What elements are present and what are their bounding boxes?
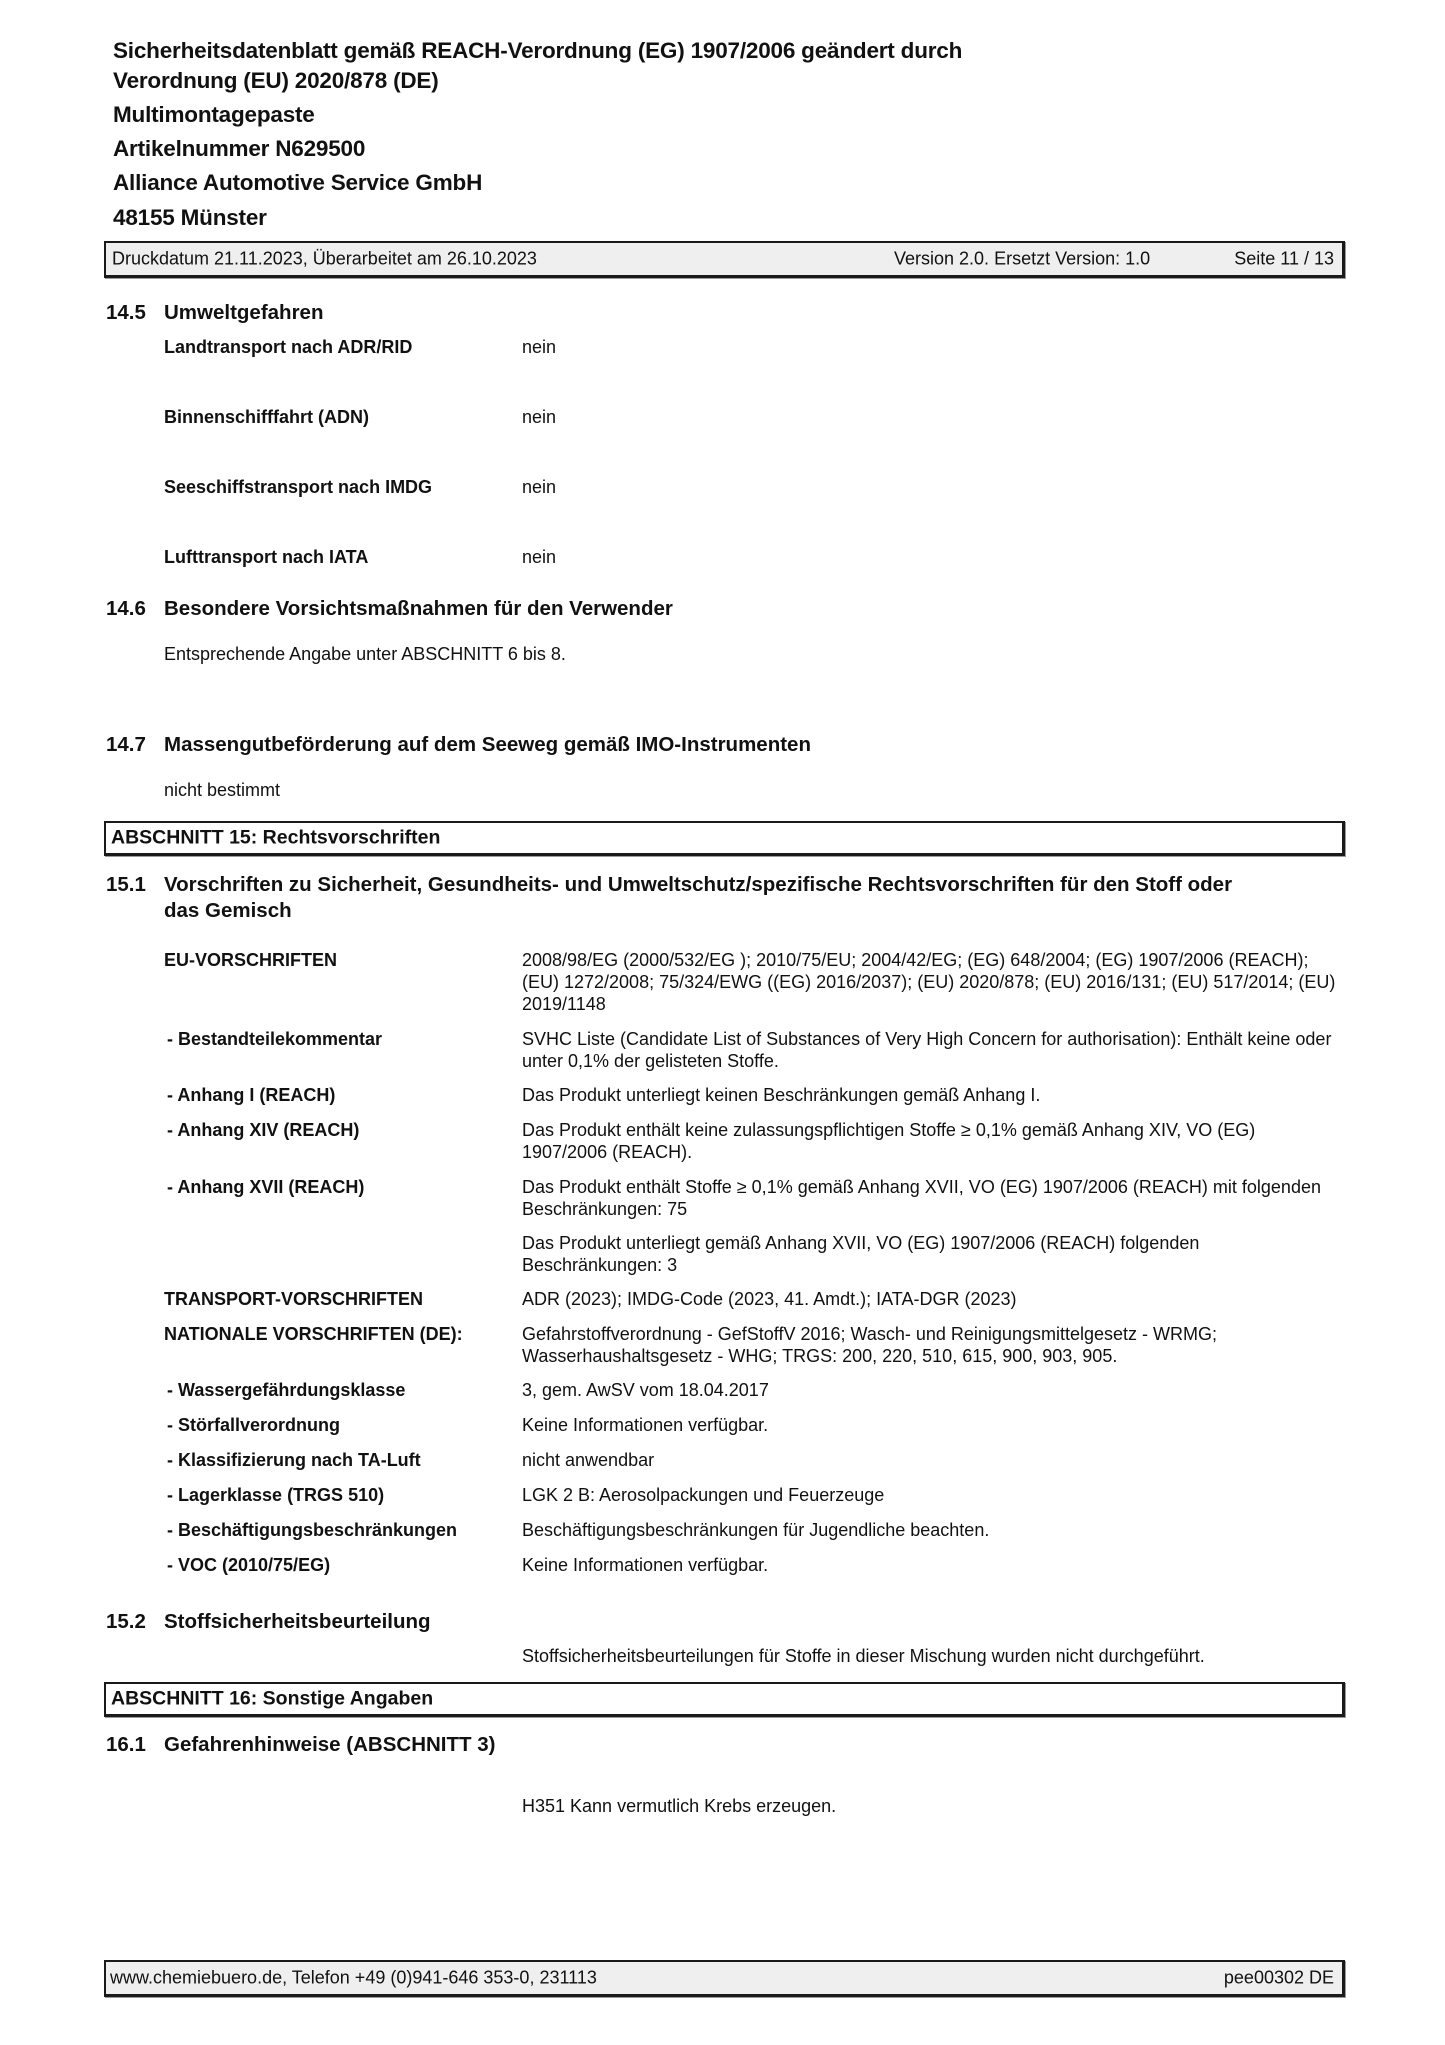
subsection-number: 15.1 xyxy=(106,873,146,897)
row-label-eu-vorschriften: EU-VORSCHRIFTEN xyxy=(164,950,337,971)
row-label-stoerfallverordnung: - Störfallverordnung xyxy=(167,1415,340,1436)
section-15-title: ABSCHNITT 15: Rechtsvorschriften xyxy=(111,827,440,850)
company-city: 48155 Münster xyxy=(113,205,267,231)
row-value-wassergefaehrdungsklasse: 3, gem. AwSV vom 18.04.2017 xyxy=(522,1379,1342,1401)
row-value-lagerklasse: LGK 2 B: Aerosolpackungen und Feuerzeuge xyxy=(522,1484,1342,1506)
article-number: Artikelnummer N629500 xyxy=(113,136,365,162)
row-value-anhang-xvii-2: Das Produkt unterliegt gemäß Anhang XVII… xyxy=(522,1232,1342,1276)
hazard-statement: H351 Kann vermutlich Krebs erzeugen. xyxy=(522,1795,1342,1817)
subsection-text: Stoffsicherheitsbeurteilungen für Stoffe… xyxy=(522,1645,1342,1667)
subsection-text: nicht bestimmt xyxy=(164,780,280,801)
row-label-anhang-i: - Anhang I (REACH) xyxy=(167,1085,335,1106)
row-label-anhang-xvii: - Anhang XVII (REACH) xyxy=(167,1177,364,1198)
company-name: Alliance Automotive Service GmbH xyxy=(113,170,482,196)
footer-code: pee00302 DE xyxy=(1224,1968,1334,1989)
row-label: Binnenschifffahrt (ADN) xyxy=(164,407,369,428)
row-value: nein xyxy=(522,546,1342,568)
row-label: Landtransport nach ADR/RID xyxy=(164,337,412,358)
row-value-bestandteilekommentar: SVHC Liste (Candidate List of Substances… xyxy=(522,1028,1342,1072)
subsection-title-vorsichtsmassnahmen: Besondere Vorsichtsmaßnahmen für den Ver… xyxy=(164,597,673,621)
footer-bar: www.chemiebuero.de, Telefon +49 (0)941-6… xyxy=(104,1960,1345,1997)
row-value-ta-luft: nicht anwendbar xyxy=(522,1449,1342,1471)
row-label-bestandteilekommentar: - Bestandteilekommentar xyxy=(167,1029,382,1050)
section-16-title: ABSCHNITT 16: Sonstige Angaben xyxy=(111,1688,433,1711)
subsection-text: Entsprechende Angabe unter ABSCHNITT 6 b… xyxy=(164,644,566,665)
version-info: Version 2.0. Ersetzt Version: 1.0 xyxy=(894,249,1150,270)
row-value: nein xyxy=(522,406,1342,428)
row-label-nationale-vorschriften: NATIONALE VORSCHRIFTEN (DE): xyxy=(164,1324,463,1345)
row-label-anhang-xiv: - Anhang XIV (REACH) xyxy=(167,1120,359,1141)
document-title-line1: Sicherheitsdatenblatt gemäß REACH-Verord… xyxy=(113,38,962,64)
subsection-title-gefahrenhinweise: Gefahrenhinweise (ABSCHNITT 3) xyxy=(164,1733,495,1757)
subsection-number: 14.6 xyxy=(106,597,146,621)
product-name: Multimontagepaste xyxy=(113,102,315,128)
row-label-voc: - VOC (2010/75/EG) xyxy=(167,1555,330,1576)
subsection-title-vorschriften-line1: Vorschriften zu Sicherheit, Gesundheits-… xyxy=(164,873,1232,897)
subsection-title-stoffsicherheitsbeurteilung: Stoffsicherheitsbeurteilung xyxy=(164,1610,431,1634)
row-label-ta-luft: - Klassifizierung nach TA-Luft xyxy=(167,1450,421,1471)
row-label: Seeschiffstransport nach IMDG xyxy=(164,477,432,498)
row-label-beschaeftigungsbeschraenkungen: - Beschäftigungsbeschränkungen xyxy=(167,1520,457,1541)
subsection-number: 16.1 xyxy=(106,1733,146,1757)
document-title-line2: Verordnung (EU) 2020/878 (DE) xyxy=(113,68,439,94)
section-15-header: ABSCHNITT 15: Rechtsvorschriften xyxy=(104,821,1345,856)
subsection-number: 15.2 xyxy=(106,1610,146,1634)
subsection-number: 14.7 xyxy=(106,733,146,757)
row-value-eu-vorschriften: 2008/98/EG (2000/532/EG ); 2010/75/EU; 2… xyxy=(522,949,1342,1015)
row-value-anhang-xiv: Das Produkt enthält keine zulassungspfli… xyxy=(522,1119,1342,1163)
row-value-voc: Keine Informationen verfügbar. xyxy=(522,1554,1342,1576)
row-label-lagerklasse: - Lagerklasse (TRGS 510) xyxy=(167,1485,384,1506)
row-label: Lufttransport nach IATA xyxy=(164,547,368,568)
row-value-anhang-xvii: Das Produkt enthält Stoffe ≥ 0,1% gemäß … xyxy=(522,1176,1342,1220)
subsection-title-umweltgefahren: Umweltgefahren xyxy=(164,301,323,325)
page-number: Seite 11 / 13 xyxy=(1234,249,1334,270)
footer-contact: www.chemiebuero.de, Telefon +49 (0)941-6… xyxy=(110,1968,597,1989)
header-info-bar: Druckdatum 21.11.2023, Überarbeitet am 2… xyxy=(104,241,1345,278)
row-value-stoerfallverordnung: Keine Informationen verfügbar. xyxy=(522,1414,1342,1436)
row-value-transport-vorschriften: ADR (2023); IMDG-Code (2023, 41. Amdt.);… xyxy=(522,1288,1342,1310)
row-value-anhang-i: Das Produkt unterliegt keinen Beschränku… xyxy=(522,1084,1342,1106)
row-value-beschaeftigungsbeschraenkungen: Beschäftigungsbeschränkungen für Jugendl… xyxy=(522,1519,1342,1541)
row-label-wassergefaehrdungsklasse: - Wassergefährdungsklasse xyxy=(167,1380,405,1401)
section-16-header: ABSCHNITT 16: Sonstige Angaben xyxy=(104,1682,1345,1717)
row-label-transport-vorschriften: TRANSPORT-VORSCHRIFTEN xyxy=(164,1289,423,1310)
subsection-title-vorschriften-line2: das Gemisch xyxy=(164,899,292,923)
subsection-title-massengut: Massengutbeförderung auf dem Seeweg gemä… xyxy=(164,733,811,757)
row-value: nein xyxy=(522,336,1342,358)
row-value-nationale-vorschriften: Gefahrstoffverordnung - GefStoffV 2016; … xyxy=(522,1323,1342,1367)
print-date: Druckdatum 21.11.2023, Überarbeitet am 2… xyxy=(112,249,537,270)
row-value: nein xyxy=(522,476,1342,498)
subsection-number: 14.5 xyxy=(106,301,146,325)
